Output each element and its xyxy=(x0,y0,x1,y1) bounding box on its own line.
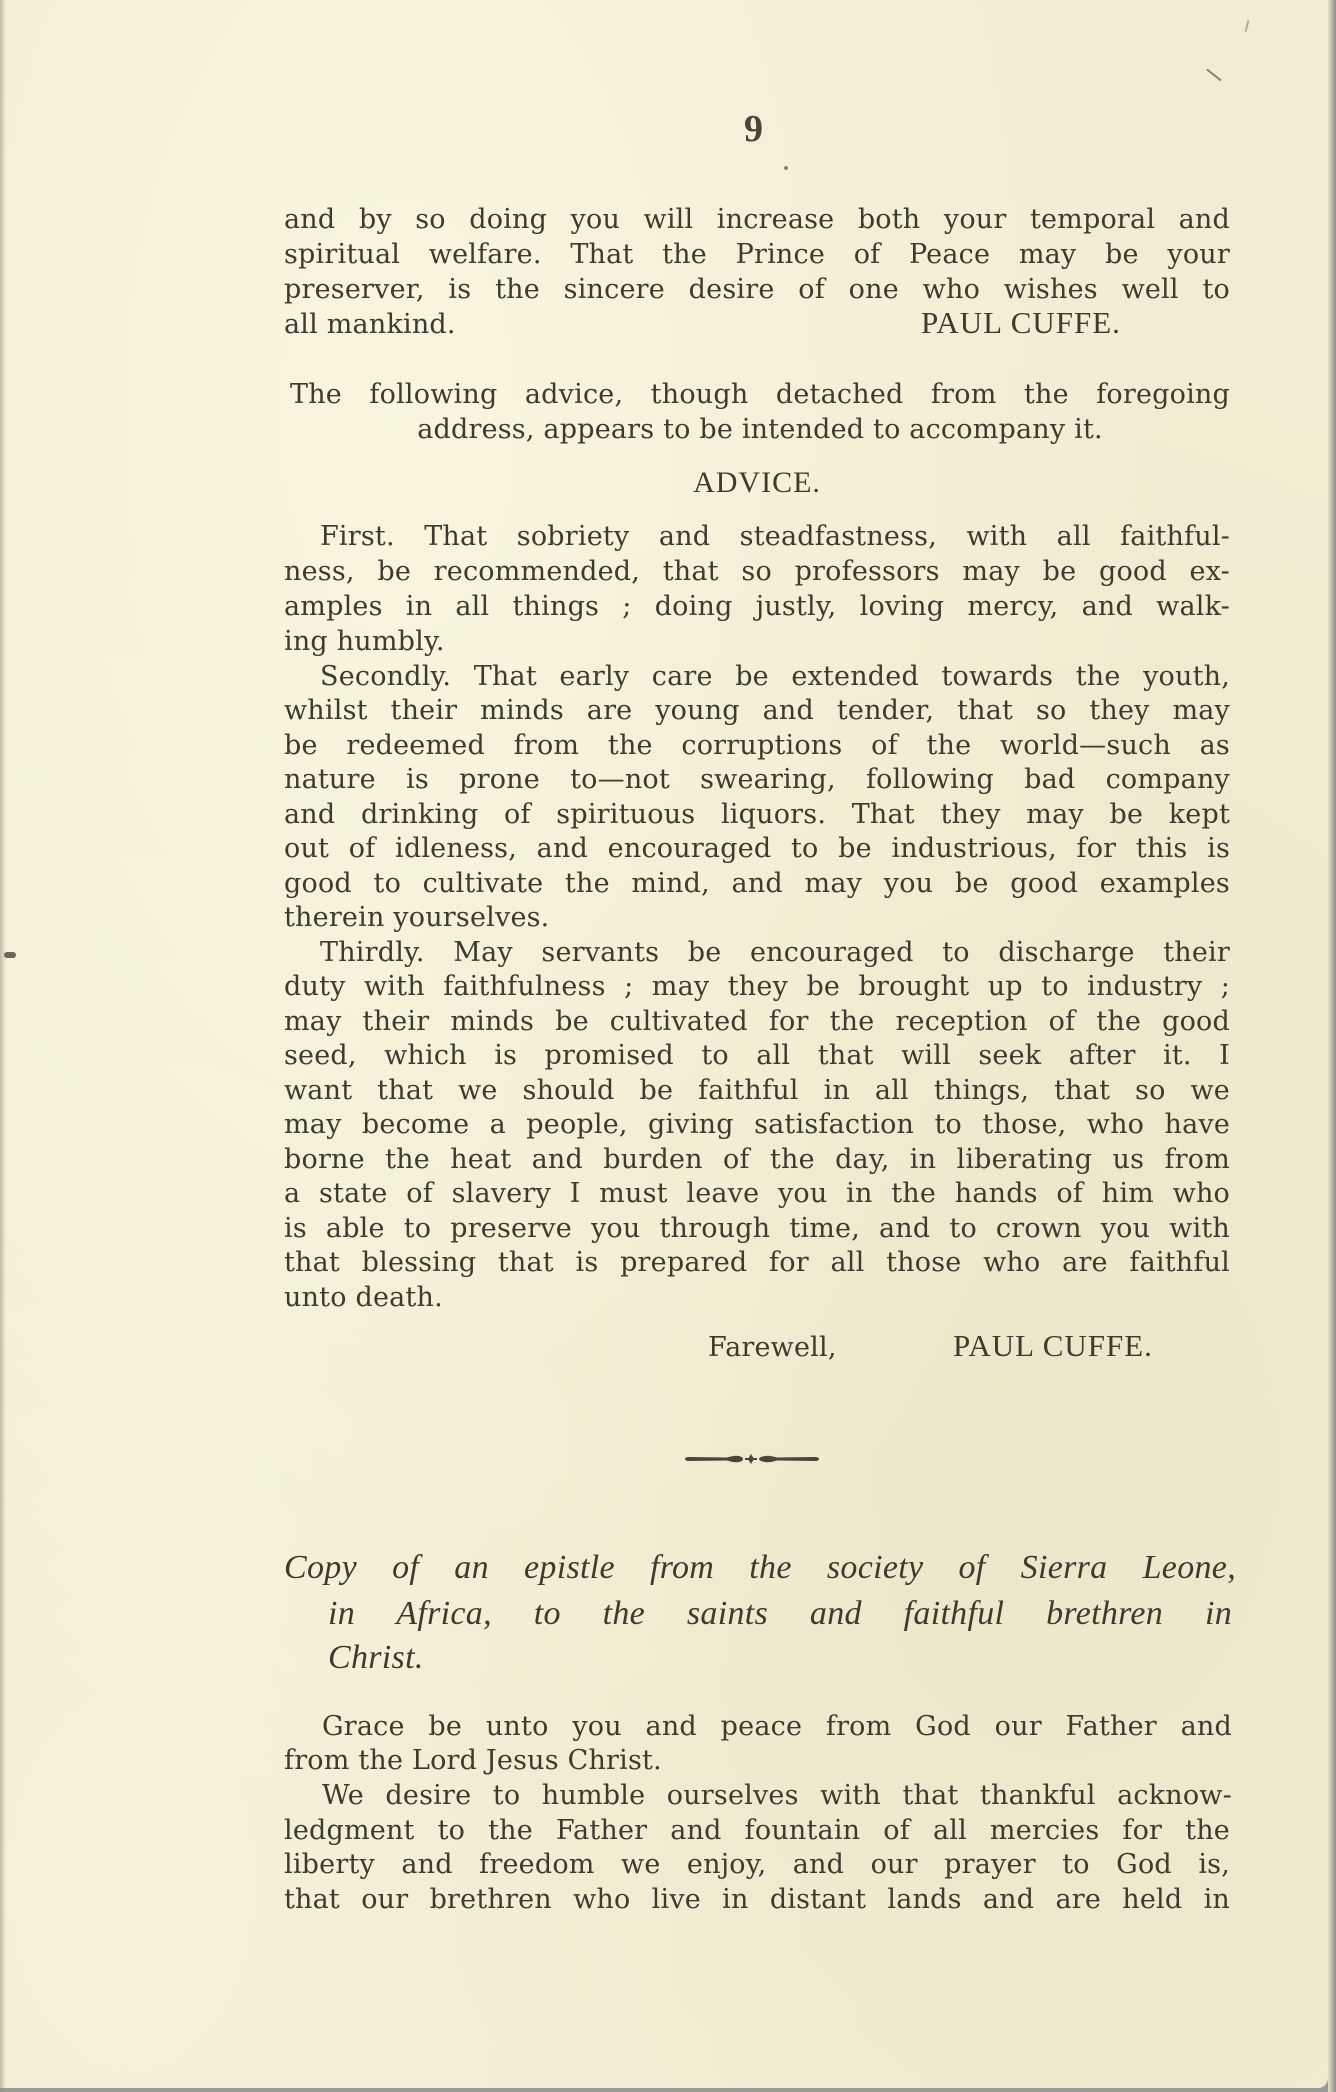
text-line: may become a people, giving satisfaction… xyxy=(284,1108,1230,1142)
section-heading: ADVICE. xyxy=(284,466,1230,500)
text-line: seed, which is promised to all that will… xyxy=(284,1039,1230,1073)
ink-speck xyxy=(784,166,788,170)
pencil-mark xyxy=(1206,69,1221,82)
text-line: liberty and freedom we enjoy, and our pr… xyxy=(284,1848,1230,1882)
text-line: amples in all things ; doing justly, lov… xyxy=(284,590,1230,624)
text-line: therein yourselves. xyxy=(284,901,549,935)
text-line: and drinking of spirituous liquors. That… xyxy=(284,798,1230,832)
text-line: Thirdly. May servants be encouraged to d… xyxy=(320,936,1230,970)
text-line: nature is prone to—not swearing, followi… xyxy=(284,763,1230,797)
text-line: good to cultivate the mind, and may you … xyxy=(284,867,1230,901)
farewell-text: Farewell, xyxy=(708,1331,837,1365)
text-line: and by so doing you will increase both y… xyxy=(284,203,1230,237)
text-line: Secondly. That early care be extended to… xyxy=(320,660,1230,694)
text-line: that our brethren who live in distant la… xyxy=(284,1883,1230,1917)
text-line: duty with faithfulness ; may they be bro… xyxy=(284,970,1230,1004)
text-line: preserver, is the sincere desire of one … xyxy=(284,273,1230,307)
text-line: out of idleness, and encouraged to be in… xyxy=(284,832,1230,866)
text-line: First. That sobriety and steadfastness, … xyxy=(320,520,1230,554)
signature: PAUL CUFFE. xyxy=(921,306,1121,340)
text-line: is able to preserve you through time, an… xyxy=(284,1212,1230,1246)
page-number: 9 xyxy=(744,112,763,146)
text-line: may their minds be cultivated for the re… xyxy=(284,1005,1230,1039)
text-line: want that we should be faithful in all t… xyxy=(284,1074,1230,1108)
text-line: unto death. xyxy=(284,1281,443,1315)
text-line: We desire to humble ourselves with that … xyxy=(322,1779,1232,1813)
text-line: all mankind. xyxy=(284,308,456,342)
text-line: from the Lord Jesus Christ. xyxy=(284,1744,662,1778)
text-line: whilst their minds are young and tender,… xyxy=(284,694,1230,728)
text-line: The following advice, though detached fr… xyxy=(290,378,1230,412)
signature: PAUL CUFFE. xyxy=(953,1329,1153,1363)
text-line: address, appears to be intended to accom… xyxy=(284,413,1236,447)
pencil-mark xyxy=(1244,20,1249,32)
page-edge xyxy=(1328,0,1336,2092)
text-line: ing humbly. xyxy=(284,625,445,659)
book-page: 9 and by so doing you will increase both… xyxy=(0,0,1328,2088)
text-line: that blessing that is prepared for all t… xyxy=(284,1246,1230,1280)
title-line: Christ. xyxy=(328,1638,424,1678)
text-line: borne the heat and burden of the day, in… xyxy=(284,1143,1230,1177)
ornament-divider xyxy=(683,1452,821,1466)
page-gutter-shadow xyxy=(0,0,6,2092)
title-line: Copy of an epistle from the society of S… xyxy=(284,1548,1236,1588)
text-line: Grace be unto you and peace from God our… xyxy=(322,1710,1232,1744)
text-line: ledgment to the Father and fountain of a… xyxy=(284,1814,1230,1848)
title-line: in Africa, to the saints and faithful br… xyxy=(328,1594,1232,1634)
text-line: ness, be recommended, that so professors… xyxy=(284,555,1230,589)
text-line: spiritual welfare. That the Prince of Pe… xyxy=(284,238,1230,272)
text-line: be redeemed from the corruptions of the … xyxy=(284,729,1230,763)
text-line: a state of slavery I must leave you in t… xyxy=(284,1177,1230,1211)
